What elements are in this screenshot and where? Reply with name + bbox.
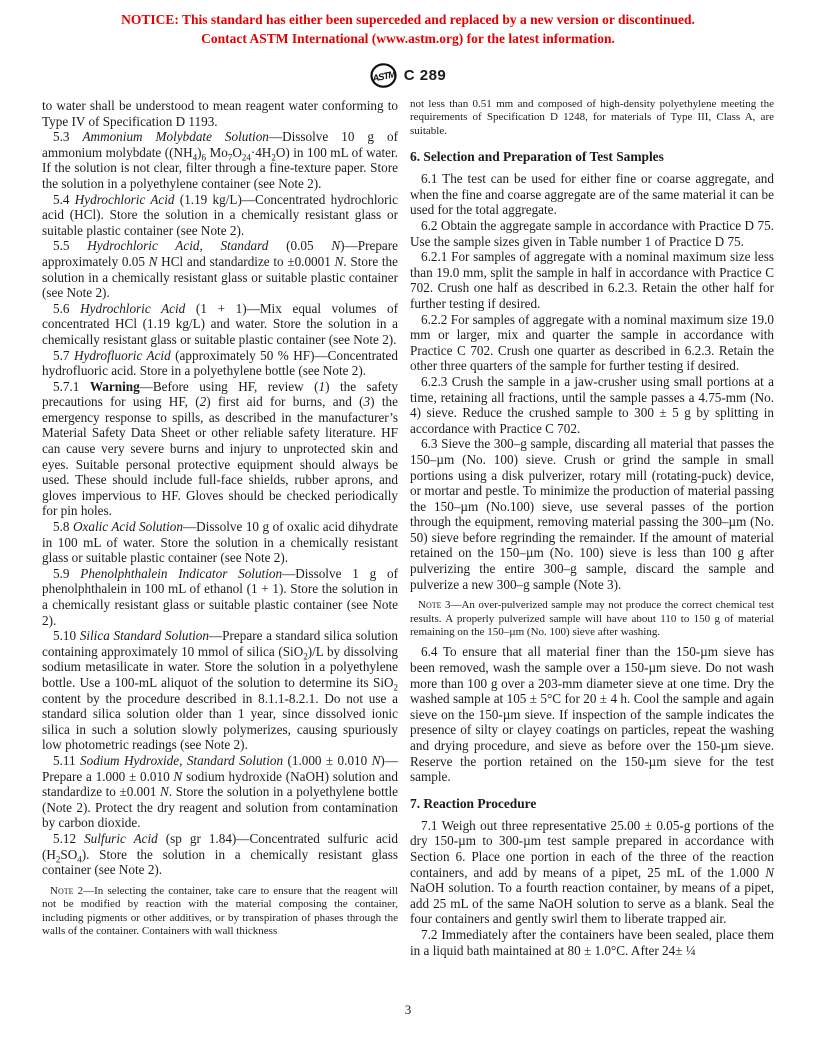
body-paragraph: 5.4 Hydrochloric Acid (1.19 kg/L)—Concen… xyxy=(42,192,398,239)
section-heading: 7. Reaction Procedure xyxy=(410,796,774,812)
astm-logo-icon: ASTM xyxy=(370,62,397,89)
document-page: { "colors": { "notice_red": "#e60000", "… xyxy=(0,0,816,1056)
body-paragraph: 5.9 Phenolphthalein Indicator Solution—D… xyxy=(42,566,398,628)
body-paragraph: 5.7 Hydrofluoric Acid (approximately 50 … xyxy=(42,348,398,379)
note-paragraph: not less than 0.51 mm and composed of hi… xyxy=(410,98,774,138)
body-paragraph: 5.12 Sulfuric Acid (sp gr 1.84)—Concentr… xyxy=(42,831,398,878)
note-paragraph: Note 3—An over-pulverized sample may not… xyxy=(410,599,774,639)
notice-line-1: NOTICE: This standard has either been su… xyxy=(0,10,816,29)
body-paragraph: 6.1 The test can be used for either fine… xyxy=(410,171,774,218)
section-heading: 6. Selection and Preparation of Test Sam… xyxy=(410,149,774,165)
body-paragraph: 5.3 Ammonium Molybdate Solution—Dissolve… xyxy=(42,129,398,191)
body-paragraph: 6.4 To ensure that all material finer th… xyxy=(410,644,774,784)
note-paragraph: Note 2—In selecting the container, take … xyxy=(42,885,398,939)
body-paragraph: 5.5 Hydrochloric Acid, Standard (0.05 N)… xyxy=(42,238,398,300)
page-number: 3 xyxy=(0,1002,816,1018)
body-paragraph: 6.3 Sieve the 300–g sample, discarding a… xyxy=(410,436,774,592)
right-column: not less than 0.51 mm and composed of hi… xyxy=(410,98,774,958)
notice-line-2: Contact ASTM International (www.astm.org… xyxy=(0,29,816,48)
discontinuation-notice: NOTICE: This standard has either been su… xyxy=(0,10,816,48)
body-paragraph: 5.11 Sodium Hydroxide, Standard Solution… xyxy=(42,753,398,831)
body-paragraph: 5.7.1 Warning—Before using HF, review (1… xyxy=(42,379,398,519)
standard-designation: C 289 xyxy=(404,67,447,84)
two-column-body: to water shall be understood to mean rea… xyxy=(0,98,816,958)
left-column: to water shall be understood to mean rea… xyxy=(42,98,398,958)
body-paragraph: 6.2.3 Crush the sample in a jaw-crusher … xyxy=(410,374,774,436)
standard-header: ASTM C 289 xyxy=(0,61,816,89)
body-paragraph: 5.8 Oxalic Acid Solution—Dissolve 10 g o… xyxy=(42,519,398,566)
body-paragraph: to water shall be understood to mean rea… xyxy=(42,98,398,129)
body-paragraph: 5.6 Hydrochloric Acid (1 + 1)—Mix equal … xyxy=(42,301,398,348)
body-paragraph: 5.10 Silica Standard Solution—Prepare a … xyxy=(42,628,398,753)
body-paragraph: 6.2 Obtain the aggregate sample in accor… xyxy=(410,218,774,249)
body-paragraph: 6.2.1 For samples of aggregate with a no… xyxy=(410,249,774,311)
body-paragraph: 7.2 Immediately after the containers hav… xyxy=(410,927,774,958)
body-paragraph: 7.1 Weigh out three representative 25.00… xyxy=(410,818,774,927)
body-paragraph: 6.2.2 For samples of aggregate with a no… xyxy=(410,312,774,374)
